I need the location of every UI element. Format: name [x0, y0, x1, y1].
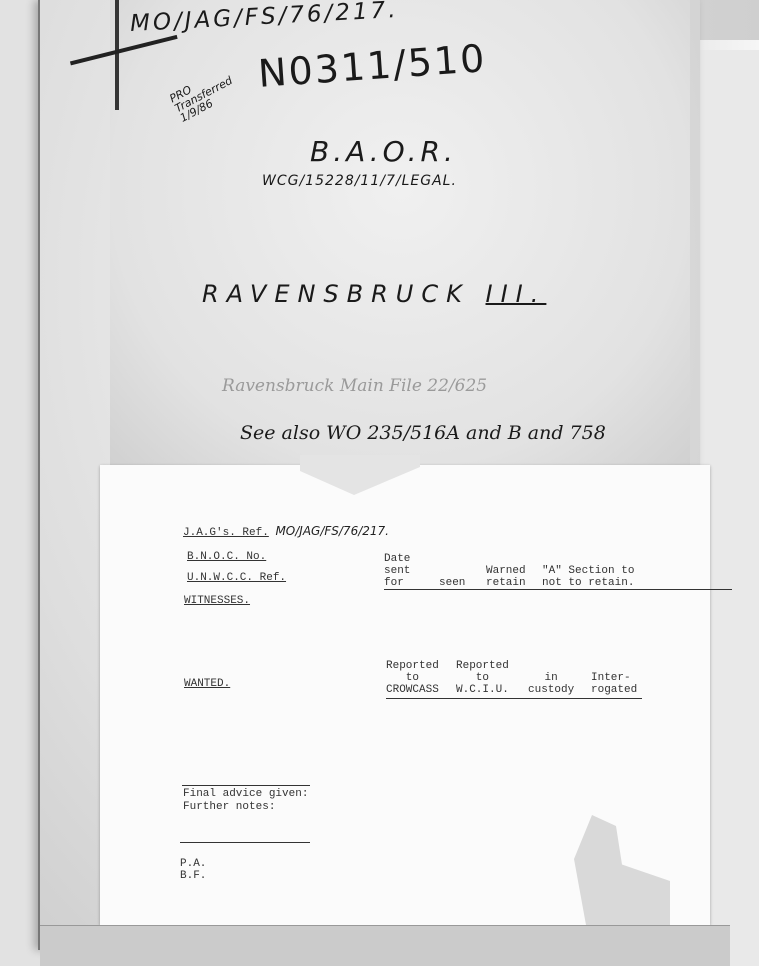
col-date-sent-for: Datesentfor	[384, 553, 410, 589]
further-notes-label: Further notes:	[183, 801, 275, 813]
jag-ref-label: J.A.G's. Ref.	[183, 527, 269, 539]
file-title-name: RAVENSBRUCK	[202, 280, 470, 308]
main-file-note: Ravensbruck Main File 22/625	[222, 376, 487, 396]
col-in-custody: incustody	[528, 672, 574, 696]
divider-line	[182, 785, 310, 786]
unwcc-label: U.N.W.C.C. Ref.	[187, 572, 286, 584]
typed-record-form: J.A.G's. Ref. MO/JAG/FS/76/217. B.N.O.C.…	[100, 465, 710, 925]
witnesses-label: WITNESSES.	[184, 595, 250, 607]
jag-reference-row: J.A.G's. Ref. MO/JAG/FS/76/217.	[183, 525, 389, 539]
col-interrogated: Inter-rogated	[591, 672, 637, 696]
divider-line	[180, 842, 310, 843]
col-reported-crowcass: ReportedtoCROWCASS	[386, 660, 439, 696]
folder-bottom-edge	[40, 925, 730, 966]
pa-label: P.A.	[180, 858, 206, 870]
file-title: RAVENSBRUCK III.	[202, 280, 546, 308]
wanted-columns-header: ReportedtoCROWCASS ReportedtoW.C.I.U. in…	[386, 660, 642, 699]
witness-columns-header: Datesentfor seen Warnedretain "A" Sectio…	[384, 553, 732, 590]
col-reported-wciu: ReportedtoW.C.I.U.	[456, 660, 509, 696]
bnoc-label: B.N.O.C. No.	[187, 551, 266, 563]
command-reference: WCG/15228/11/7/LEGAL.	[262, 173, 457, 189]
form-notch-tear	[300, 455, 420, 495]
col-seen: seen	[439, 577, 465, 589]
col-warned-retain: Warnedretain	[486, 565, 526, 589]
see-also-note: See also WO 235/516A and B and 758	[240, 422, 606, 444]
command-heading: B.A.O.R.	[310, 135, 457, 168]
bf-label: B.F.	[180, 870, 206, 882]
col-a-section: "A" Section tonot to retain.	[542, 565, 634, 589]
file-title-numeral: III.	[486, 280, 547, 308]
wanted-label: WANTED.	[184, 678, 230, 690]
jag-ref-value: MO/JAG/FS/76/217.	[275, 524, 389, 538]
final-advice-label: Final advice given:	[183, 788, 308, 800]
form-corner-tear	[550, 815, 670, 925]
